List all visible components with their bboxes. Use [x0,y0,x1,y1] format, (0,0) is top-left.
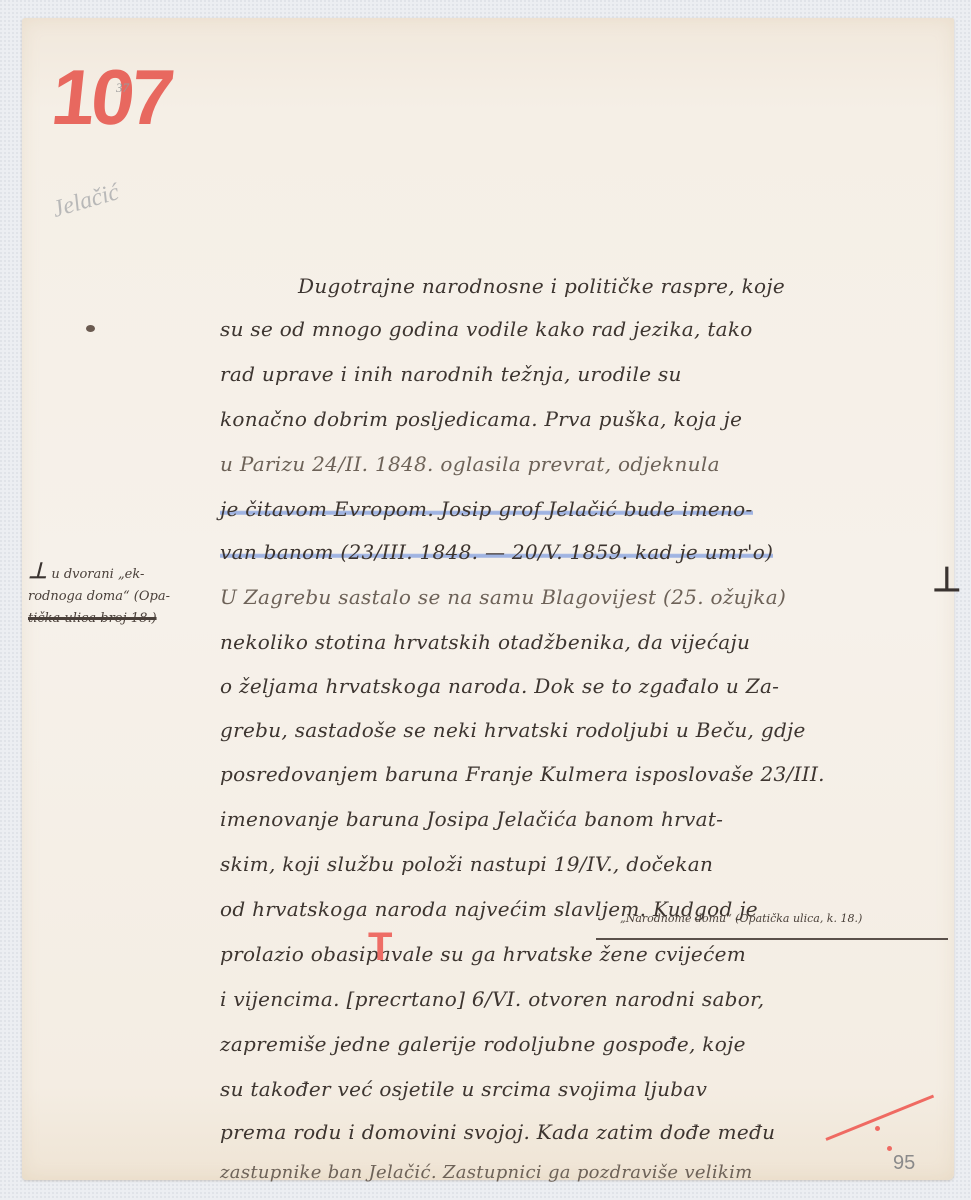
text-line: su se od mnogo godina vodile kako rad je… [220,317,753,341]
interlinear-insertion: „Narodnome domu“ (Opatička ulica, k. 18.… [620,912,862,925]
text-line: i vijencima. [precrtano] 6/VI. otvoren n… [220,987,764,1011]
text-line: U Zagrebu sastalo se na samu Blagovijest… [220,585,786,609]
folio-number-pencil: 37 [116,80,129,96]
text-line-highlighted: van banom (23/III. 1848. — 20/V. 1859. k… [220,540,773,564]
margin-note-text: u dvorani „ek- [51,567,144,582]
margin-note-line: ⊥ u dvorani „ek- [28,560,193,586]
text-line: konačno dobrim posljedicama. Prva puška,… [220,407,742,431]
text-line: zapremiše jedne galerije rodoljubne gosp… [220,1032,746,1056]
text-line: rad uprave i inih narodnih težnja, urodi… [220,362,682,386]
text-line: imenovanje baruna Josipa Jelačića banom … [220,807,723,831]
insertion-mark-left: ⊥ [28,558,47,583]
margin-note-line: rodnoga doma“ (Opa- [28,586,193,608]
red-pencil-dot [887,1146,892,1151]
insertion-mark-right: ⊥ [932,560,962,600]
text-line: posredovanjem baruna Franje Kulmera ispo… [220,762,825,786]
text-line-highlighted: je čitavom Evropom. Josip grof Jelačić b… [220,497,753,521]
margin-note-line: tička ulica broj 18.) [28,608,193,630]
text-line: Dugotrajne narodnosne i političke raspre… [298,274,785,298]
text-line: prema rodu i domovini svojoj. Kada zatim… [220,1120,775,1144]
text-line: o željama hrvatskoga naroda. Dok se to z… [220,674,779,698]
text-line: grebu, sastadoše se neki hrvatski rodolj… [220,718,806,742]
ink-blot [86,325,95,332]
text-line: prolazio obasipavale su ga hrvatske žene… [220,942,746,966]
text-line: zastupnike ban Jelačić. Zastupnici ga po… [220,1162,753,1183]
insertion-underline [596,938,948,940]
folio-number-red: 107 [47,52,175,143]
margin-note: ⊥ u dvorani „ek- rodnoga doma“ (Opa- tič… [28,560,193,630]
text-line: u Parizu 24/II. 1848. oglasila prevrat, … [220,452,720,476]
text-line: su također već osjetile u srcima svojima… [220,1077,707,1101]
red-pencil-dot [875,1126,880,1131]
text-line: skim, koji službu položi nastupi 19/IV.,… [220,852,713,876]
red-insertion-mark: T [368,925,392,970]
text-line: nekoliko stotina hrvatskih otadžbenika, … [220,630,750,654]
page-number: 95 [893,1152,915,1175]
